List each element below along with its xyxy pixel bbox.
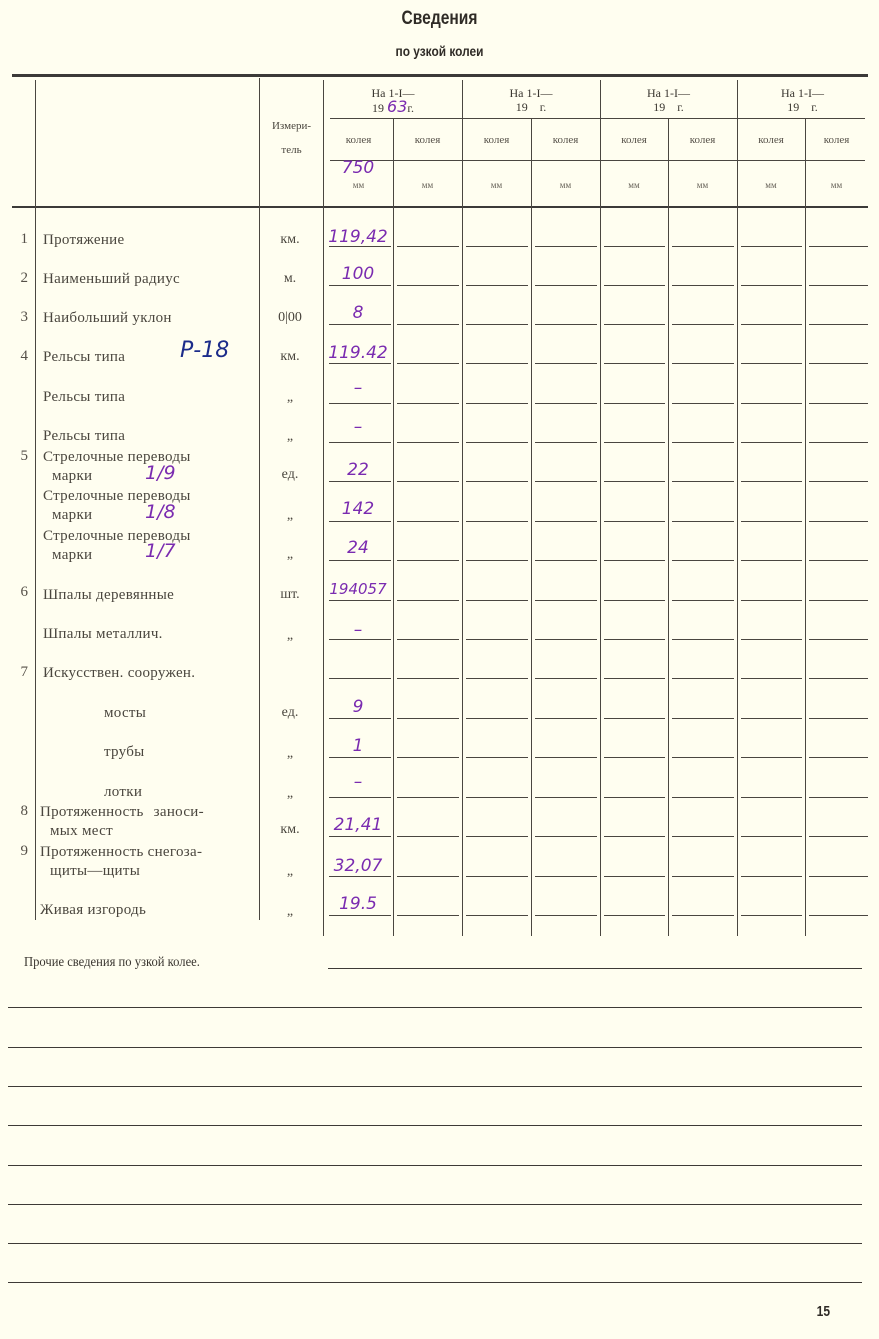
other-info-line[interactable] bbox=[8, 1007, 862, 1008]
period-year: 19 г. bbox=[462, 100, 600, 114]
row-label: Искусствен. сооружен. bbox=[43, 664, 195, 683]
cell-underline bbox=[741, 246, 802, 247]
cell-underline bbox=[329, 836, 391, 837]
gauge-rule bbox=[330, 160, 865, 161]
cell-underline bbox=[535, 481, 597, 482]
row-unit: „ bbox=[259, 864, 321, 880]
cell-underline bbox=[397, 246, 459, 247]
row-label: Рельсы типа bbox=[43, 348, 125, 367]
cell-underline bbox=[535, 324, 597, 325]
cell-underline bbox=[329, 285, 391, 286]
cell-underline bbox=[535, 363, 597, 364]
period-year: 19 г. bbox=[600, 100, 737, 114]
other-info-line[interactable] bbox=[328, 968, 862, 969]
header-bottom-rule bbox=[12, 206, 868, 208]
cell-underline bbox=[466, 521, 528, 522]
page-subtitle: по узкой колеи bbox=[66, 43, 813, 59]
cell-underline bbox=[466, 876, 528, 877]
row-label: Протяженность заноси- bbox=[40, 803, 204, 822]
cell-underline bbox=[397, 757, 459, 758]
row-unit: ед. bbox=[259, 705, 321, 721]
cell-underline bbox=[809, 285, 868, 286]
unit-header-line1: Измери- bbox=[260, 112, 323, 140]
cell-underline bbox=[741, 876, 802, 877]
other-info-line[interactable] bbox=[8, 1165, 862, 1166]
cell-underline bbox=[672, 718, 734, 719]
cell-underline bbox=[809, 246, 868, 247]
row-label: Живая изгородь bbox=[40, 901, 146, 920]
page-title: Сведения bbox=[79, 8, 800, 30]
gauge-label: колея bbox=[737, 134, 805, 146]
cell-underline bbox=[535, 797, 597, 798]
row-unit: „ bbox=[259, 390, 321, 406]
cell-underline bbox=[535, 876, 597, 877]
cell-underline bbox=[535, 915, 597, 916]
cell-underline bbox=[535, 403, 597, 404]
cell-underline bbox=[741, 324, 802, 325]
row-number: 1 bbox=[14, 231, 28, 248]
other-info-line[interactable] bbox=[8, 1047, 862, 1048]
row-value: 19.5 bbox=[326, 894, 390, 914]
cell-underline bbox=[329, 639, 391, 640]
col-divider bbox=[323, 80, 324, 936]
cell-underline bbox=[329, 718, 391, 719]
cell-underline bbox=[329, 678, 391, 679]
cell-underline bbox=[397, 718, 459, 719]
period-header-3: На 1-I— 19 г. bbox=[600, 86, 737, 114]
row-value: – bbox=[326, 772, 390, 792]
cell-underline bbox=[397, 521, 459, 522]
cell-underline bbox=[535, 836, 597, 837]
handwritten-year: 63 bbox=[387, 97, 407, 116]
cell-underline bbox=[741, 600, 802, 601]
cell-underline bbox=[604, 836, 665, 837]
cell-underline bbox=[535, 285, 597, 286]
period-year: 19 г. bbox=[737, 100, 868, 114]
cell-underline bbox=[809, 836, 868, 837]
cell-underline bbox=[397, 836, 459, 837]
gauge-label: колея bbox=[531, 134, 600, 146]
cell-underline bbox=[329, 560, 391, 561]
row-unit: км. bbox=[259, 232, 321, 248]
row-unit: м. bbox=[259, 271, 321, 287]
cell-underline bbox=[809, 560, 868, 561]
cell-underline bbox=[466, 481, 528, 482]
page-number: 15 bbox=[817, 1303, 830, 1320]
row-unit: „ bbox=[259, 746, 321, 762]
col-divider bbox=[393, 118, 394, 936]
cell-underline bbox=[329, 600, 391, 601]
cell-underline bbox=[604, 718, 665, 719]
cell-underline bbox=[741, 836, 802, 837]
mm-label: мм bbox=[737, 180, 805, 190]
switch-grade-handwritten: 1/7 bbox=[145, 540, 176, 562]
cell-underline bbox=[329, 481, 391, 482]
cell-underline bbox=[397, 324, 459, 325]
row-number: 3 bbox=[14, 309, 28, 326]
row-number: 5 bbox=[14, 448, 28, 465]
cell-underline bbox=[672, 797, 734, 798]
gauge-label: колея bbox=[600, 134, 668, 146]
row-number: 9 bbox=[14, 843, 28, 860]
cell-underline bbox=[604, 639, 665, 640]
col-divider bbox=[737, 80, 738, 936]
cell-underline bbox=[741, 285, 802, 286]
row-value: 142 bbox=[326, 499, 390, 519]
cell-underline bbox=[809, 797, 868, 798]
row-unit: км. bbox=[259, 349, 321, 365]
cell-underline bbox=[466, 560, 528, 561]
row-unit: „ bbox=[259, 904, 321, 920]
period-rule bbox=[330, 118, 865, 119]
mm-label: мм bbox=[324, 180, 393, 190]
cell-underline bbox=[535, 442, 597, 443]
cell-underline bbox=[466, 363, 528, 364]
cell-underline bbox=[741, 915, 802, 916]
mm-label: мм bbox=[393, 180, 462, 190]
cell-underline bbox=[466, 639, 528, 640]
cell-underline bbox=[535, 757, 597, 758]
row-value: 9 bbox=[326, 697, 390, 717]
mm-label: мм bbox=[805, 180, 868, 190]
cell-underline bbox=[535, 600, 597, 601]
row-label: Рельсы типа bbox=[43, 427, 125, 446]
cell-underline bbox=[397, 639, 459, 640]
row-label: Протяженность снегоза- bbox=[40, 843, 202, 862]
cell-underline bbox=[466, 403, 528, 404]
cell-underline bbox=[672, 915, 734, 916]
cell-underline bbox=[604, 757, 665, 758]
cell-underline bbox=[535, 639, 597, 640]
switch-grade-handwritten: 1/9 bbox=[145, 462, 176, 484]
col-divider bbox=[462, 80, 463, 936]
row-value: – bbox=[326, 417, 390, 437]
row-unit: шт. bbox=[259, 587, 321, 603]
row-unit: „ bbox=[259, 508, 321, 524]
row-number: 6 bbox=[14, 584, 28, 601]
row-value: 194057 bbox=[324, 580, 392, 598]
cell-underline bbox=[329, 521, 391, 522]
row-value: 119,42 bbox=[326, 227, 390, 247]
cell-underline bbox=[741, 678, 802, 679]
cell-underline bbox=[672, 324, 734, 325]
gauge-label: колея bbox=[668, 134, 737, 146]
cell-underline bbox=[741, 757, 802, 758]
cell-underline bbox=[535, 678, 597, 679]
mm-label: мм bbox=[600, 180, 668, 190]
cell-underline bbox=[604, 363, 665, 364]
row-label: трубы bbox=[104, 743, 145, 762]
cell-underline bbox=[809, 639, 868, 640]
row-label-cont: щиты—щиты bbox=[50, 862, 140, 881]
cell-underline bbox=[329, 403, 391, 404]
cell-underline bbox=[466, 246, 528, 247]
cell-underline bbox=[535, 718, 597, 719]
cell-underline bbox=[604, 915, 665, 916]
cell-underline bbox=[535, 521, 597, 522]
other-info-label: Прочие сведения по узкой колее. bbox=[24, 955, 200, 971]
row-number: 2 bbox=[14, 270, 28, 287]
row-unit: ед. bbox=[259, 467, 321, 483]
row-unit: „ bbox=[259, 429, 321, 445]
cell-underline bbox=[672, 481, 734, 482]
row-label-cont: марки bbox=[52, 467, 92, 486]
row-label-cont: мых мест bbox=[50, 822, 113, 841]
cell-underline bbox=[672, 285, 734, 286]
row-unit: „ bbox=[259, 628, 321, 644]
row-value: 22 bbox=[326, 460, 390, 480]
row-label: Протяжение bbox=[43, 231, 124, 250]
cell-underline bbox=[741, 521, 802, 522]
cell-underline bbox=[397, 600, 459, 601]
cell-underline bbox=[535, 560, 597, 561]
cell-underline bbox=[466, 285, 528, 286]
cell-underline bbox=[809, 481, 868, 482]
other-info-line[interactable] bbox=[8, 1282, 862, 1283]
cell-underline bbox=[741, 442, 802, 443]
col-divider bbox=[531, 118, 532, 936]
cell-underline bbox=[329, 324, 391, 325]
cell-underline bbox=[397, 442, 459, 443]
cell-underline bbox=[741, 639, 802, 640]
cell-underline bbox=[397, 363, 459, 364]
row-value: 119.42 bbox=[326, 343, 390, 363]
cell-underline bbox=[741, 797, 802, 798]
cell-underline bbox=[672, 363, 734, 364]
cell-underline bbox=[604, 876, 665, 877]
cell-underline bbox=[329, 363, 391, 364]
cell-underline bbox=[809, 521, 868, 522]
gauge-label: колея bbox=[393, 134, 462, 146]
cell-underline bbox=[466, 915, 528, 916]
cell-underline bbox=[809, 403, 868, 404]
cell-underline bbox=[809, 678, 868, 679]
cell-underline bbox=[466, 324, 528, 325]
cell-underline bbox=[329, 246, 391, 247]
cell-underline bbox=[397, 797, 459, 798]
mm-label: мм bbox=[531, 180, 600, 190]
cell-underline bbox=[741, 363, 802, 364]
cell-underline bbox=[672, 442, 734, 443]
cell-underline bbox=[466, 600, 528, 601]
col-divider bbox=[668, 118, 669, 936]
cell-underline bbox=[535, 246, 597, 247]
cell-underline bbox=[466, 442, 528, 443]
cell-underline bbox=[329, 876, 391, 877]
cell-underline bbox=[809, 915, 868, 916]
cell-underline bbox=[809, 718, 868, 719]
cell-underline bbox=[397, 403, 459, 404]
mm-label: мм bbox=[462, 180, 531, 190]
row-value: 21,41 bbox=[326, 815, 390, 835]
row-number: 8 bbox=[14, 803, 28, 820]
cell-underline bbox=[672, 876, 734, 877]
cell-underline bbox=[809, 876, 868, 877]
cell-underline bbox=[329, 757, 391, 758]
cell-underline bbox=[672, 757, 734, 758]
row-value: 24 bbox=[326, 538, 390, 558]
cell-underline bbox=[672, 560, 734, 561]
cell-underline bbox=[397, 678, 459, 679]
cell-underline bbox=[672, 639, 734, 640]
period-date: На 1-I— bbox=[462, 86, 600, 100]
other-info-line[interactable] bbox=[8, 1125, 862, 1126]
cell-underline bbox=[741, 560, 802, 561]
cell-underline bbox=[466, 757, 528, 758]
col-divider bbox=[805, 118, 806, 936]
cell-underline bbox=[604, 600, 665, 601]
cell-underline bbox=[672, 836, 734, 837]
cell-underline bbox=[397, 481, 459, 482]
handwritten-gauge: 750 bbox=[326, 158, 390, 178]
row-value: – bbox=[326, 378, 390, 398]
period-date: На 1-I— bbox=[600, 86, 737, 100]
unit-header-line2: тель bbox=[260, 140, 323, 160]
row-label: лотки bbox=[104, 783, 142, 802]
cell-underline bbox=[604, 246, 665, 247]
period-header-1: На 1-I— 19 63г. bbox=[324, 86, 462, 115]
period-header-2: На 1-I— 19 г. bbox=[462, 86, 600, 114]
cell-underline bbox=[329, 797, 391, 798]
cell-underline bbox=[466, 797, 528, 798]
row-label: Шпалы металлич. bbox=[43, 625, 163, 644]
row-value: 1 bbox=[326, 736, 390, 756]
cell-underline bbox=[604, 324, 665, 325]
gauge-label: колея bbox=[324, 134, 393, 146]
cell-underline bbox=[741, 718, 802, 719]
cell-underline bbox=[604, 442, 665, 443]
cell-underline bbox=[672, 600, 734, 601]
cell-underline bbox=[809, 442, 868, 443]
row-label-cont: марки bbox=[52, 546, 92, 565]
cell-underline bbox=[466, 836, 528, 837]
cell-underline bbox=[604, 285, 665, 286]
cell-underline bbox=[604, 521, 665, 522]
row-label: Рельсы типа bbox=[43, 388, 125, 407]
cell-underline bbox=[809, 757, 868, 758]
row-value: 8 bbox=[326, 303, 390, 323]
row-unit: „ bbox=[259, 547, 321, 563]
row-value: – bbox=[326, 620, 390, 640]
cell-underline bbox=[466, 718, 528, 719]
period-date: На 1-I— bbox=[737, 86, 868, 100]
row-number: 7 bbox=[14, 664, 28, 681]
cell-underline bbox=[466, 678, 528, 679]
row-number: 4 bbox=[14, 348, 28, 365]
cell-underline bbox=[741, 403, 802, 404]
cell-underline bbox=[809, 600, 868, 601]
gauge-label: колея bbox=[805, 134, 868, 146]
gauge-label: колея bbox=[462, 134, 531, 146]
other-info-line[interactable] bbox=[8, 1086, 862, 1087]
cell-underline bbox=[397, 915, 459, 916]
cell-underline bbox=[329, 915, 391, 916]
cell-underline bbox=[672, 403, 734, 404]
col-divider bbox=[35, 80, 36, 920]
unit-header: Измери- тель bbox=[260, 112, 323, 160]
other-info-line[interactable] bbox=[8, 1204, 862, 1205]
cell-underline bbox=[604, 797, 665, 798]
cell-underline bbox=[397, 876, 459, 877]
row-label: Шпалы деревянные bbox=[43, 586, 174, 605]
cell-underline bbox=[397, 560, 459, 561]
cell-underline bbox=[604, 481, 665, 482]
row-label-cont: марки bbox=[52, 506, 92, 525]
cell-underline bbox=[672, 246, 734, 247]
col-divider bbox=[600, 80, 601, 936]
cell-underline bbox=[329, 442, 391, 443]
period-header-4: На 1-I— 19 г. bbox=[737, 86, 868, 114]
cell-underline bbox=[604, 403, 665, 404]
row-value: 32,07 bbox=[326, 856, 390, 876]
cell-underline bbox=[397, 285, 459, 286]
cell-underline bbox=[672, 521, 734, 522]
top-rule bbox=[12, 74, 868, 77]
cell-underline bbox=[741, 481, 802, 482]
row-label: мосты bbox=[104, 704, 146, 723]
cell-underline bbox=[809, 363, 868, 364]
cell-underline bbox=[809, 324, 868, 325]
period-year: 19 63г. bbox=[324, 100, 462, 115]
other-info-line[interactable] bbox=[8, 1243, 862, 1244]
cell-underline bbox=[604, 678, 665, 679]
row-label: Наименьший радиус bbox=[43, 270, 180, 289]
row-unit: „ bbox=[259, 786, 321, 802]
row-label: Наибольший уклон bbox=[43, 309, 172, 328]
rail-type-handwritten: Р-18 bbox=[180, 338, 229, 363]
row-value: 100 bbox=[326, 264, 390, 284]
cell-underline bbox=[672, 678, 734, 679]
mm-label: мм bbox=[668, 180, 737, 190]
row-unit: км. bbox=[259, 822, 321, 838]
cell-underline bbox=[604, 560, 665, 561]
switch-grade-handwritten: 1/8 bbox=[145, 501, 176, 523]
row-unit: 0|00 bbox=[259, 310, 321, 326]
